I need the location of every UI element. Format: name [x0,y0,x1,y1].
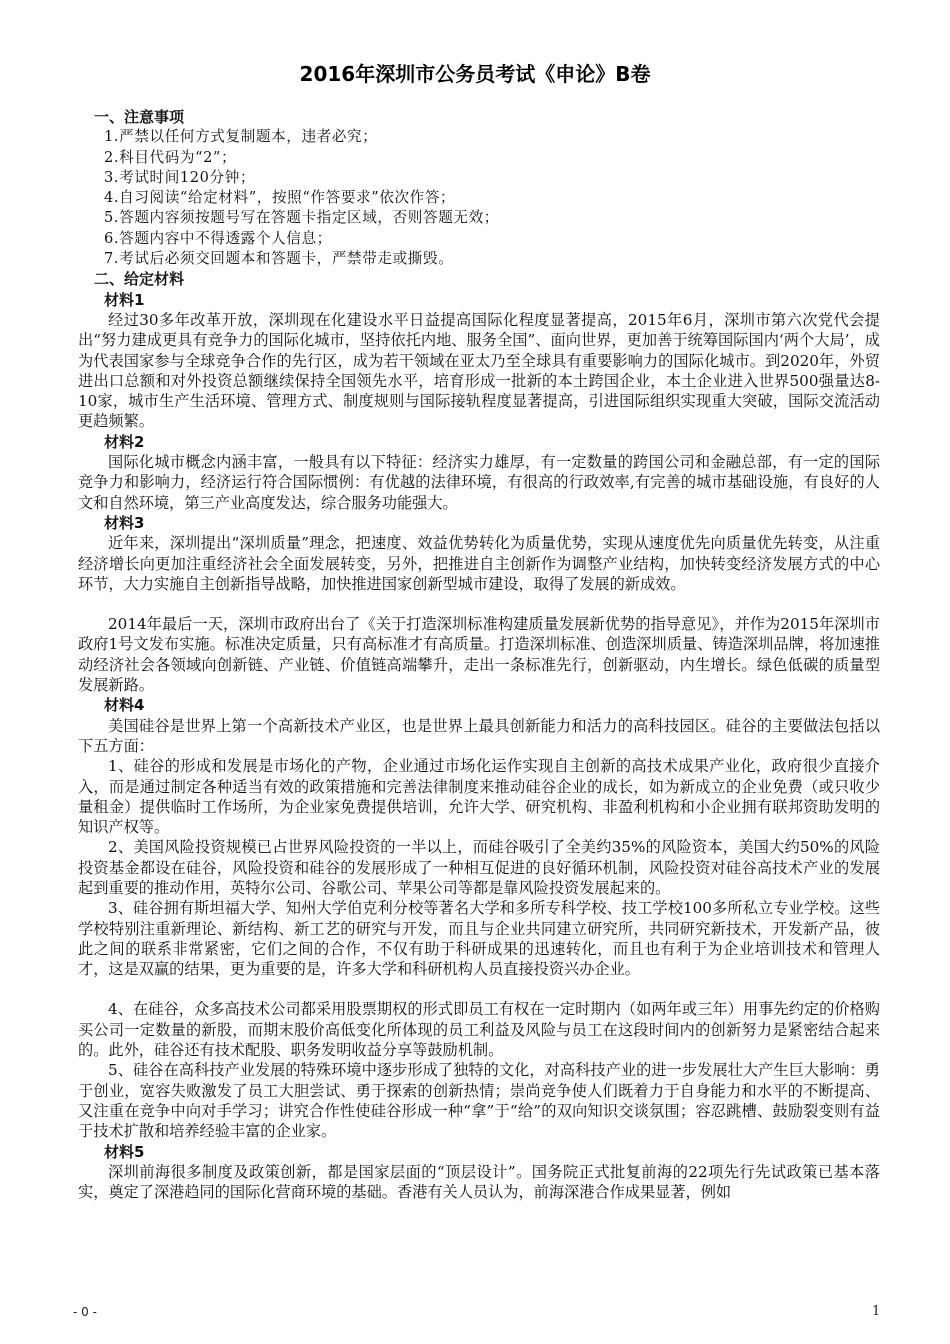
material-paragraph: 2、美国风险投资规模已占世界风险投资的一半以上，而硅谷吸引了全美约35%的风险资… [78,837,880,898]
material-paragraph: 国际化城市概念内涵丰富，一般具有以下特征：经济实力雄厚，有一定数量的跨国公司和金… [78,452,880,513]
material-paragraph: 近年来，深圳提出“深圳质量”理念，把速度、效益优势转化为质量优势，实现从速度优先… [78,533,880,594]
footer-page-number: 1 [872,1304,880,1319]
material-label: 材料3 [78,513,880,533]
material-paragraph: 2014年最后一天，深圳市政府出台了《关于打造深圳标准构建质量发展新优势的指导意… [78,614,880,695]
notice-item: 5.答题内容须按题号写在答题卡指定区域，否则答题无效； [78,208,880,228]
material-paragraph: 4、在硅谷，众多高技术公司都采用股票期权的形式即员工有权在一定时期内（如两年或三… [78,999,880,1060]
paragraph-spacer [78,979,880,999]
document-body: 一、注意事项 1.严禁以任何方式复制题本，违者必究； 2.科目代码为“2”； 3… [78,107,880,1202]
document-page: 2016年深圳市公务员考试《申论》B卷 一、注意事项 1.严禁以任何方式复制题本… [0,0,950,1344]
notice-item: 3.考试时间120分钟； [78,168,880,188]
notice-item: 4.自习阅读“给定材料”，按照“作答要求”依次作答； [78,188,880,208]
paragraph-spacer [78,594,880,614]
notice-item: 1.严禁以任何方式复制题本，违者必究； [78,127,880,147]
section-heading-notice: 一、注意事项 [78,107,880,127]
material-paragraph: 美国硅谷是世界上第一个高新技术产业区，也是世界上最具创新能力和活力的高科技园区。… [78,716,880,757]
section-heading-materials: 二、给定材料 [78,269,880,289]
material-paragraph: 3、硅谷拥有斯坦福大学、知州大学伯克利分校等著名大学和多所专科学校、技工学校10… [78,898,880,979]
notice-item: 2.科目代码为“2”； [78,148,880,168]
material-label: 材料5 [78,1142,880,1162]
material-paragraph: 深圳前海很多制度及政策创新，都是国家层面的“顶层设计”。国务院正式批复前海的22… [78,1162,880,1203]
footer-page-marker: - 0 - [73,1305,97,1319]
notice-item: 6.答题内容中不得透露个人信息； [78,229,880,249]
material-label: 材料1 [78,290,880,310]
material-paragraph: 经过30多年改革开放，深圳现在化建设水平日益提高国际化程度显著提高，2015年6… [78,310,880,432]
material-label: 材料4 [78,695,880,715]
notice-item: 7.考试后必须交回题本和答题卡，严禁带走或撕毁。 [78,249,880,269]
material-label: 材料2 [78,432,880,452]
document-title: 2016年深圳市公务员考试《申论》B卷 [0,58,950,87]
material-paragraph: 5、硅谷在高科技产业发展的特殊环境中逐步形成了独特的文化，对高科技产业的进一步发… [78,1060,880,1141]
material-paragraph: 1、硅谷的形成和发展是市场化的产物，企业通过市场化运作实现自主创新的高技术成果产… [78,756,880,837]
